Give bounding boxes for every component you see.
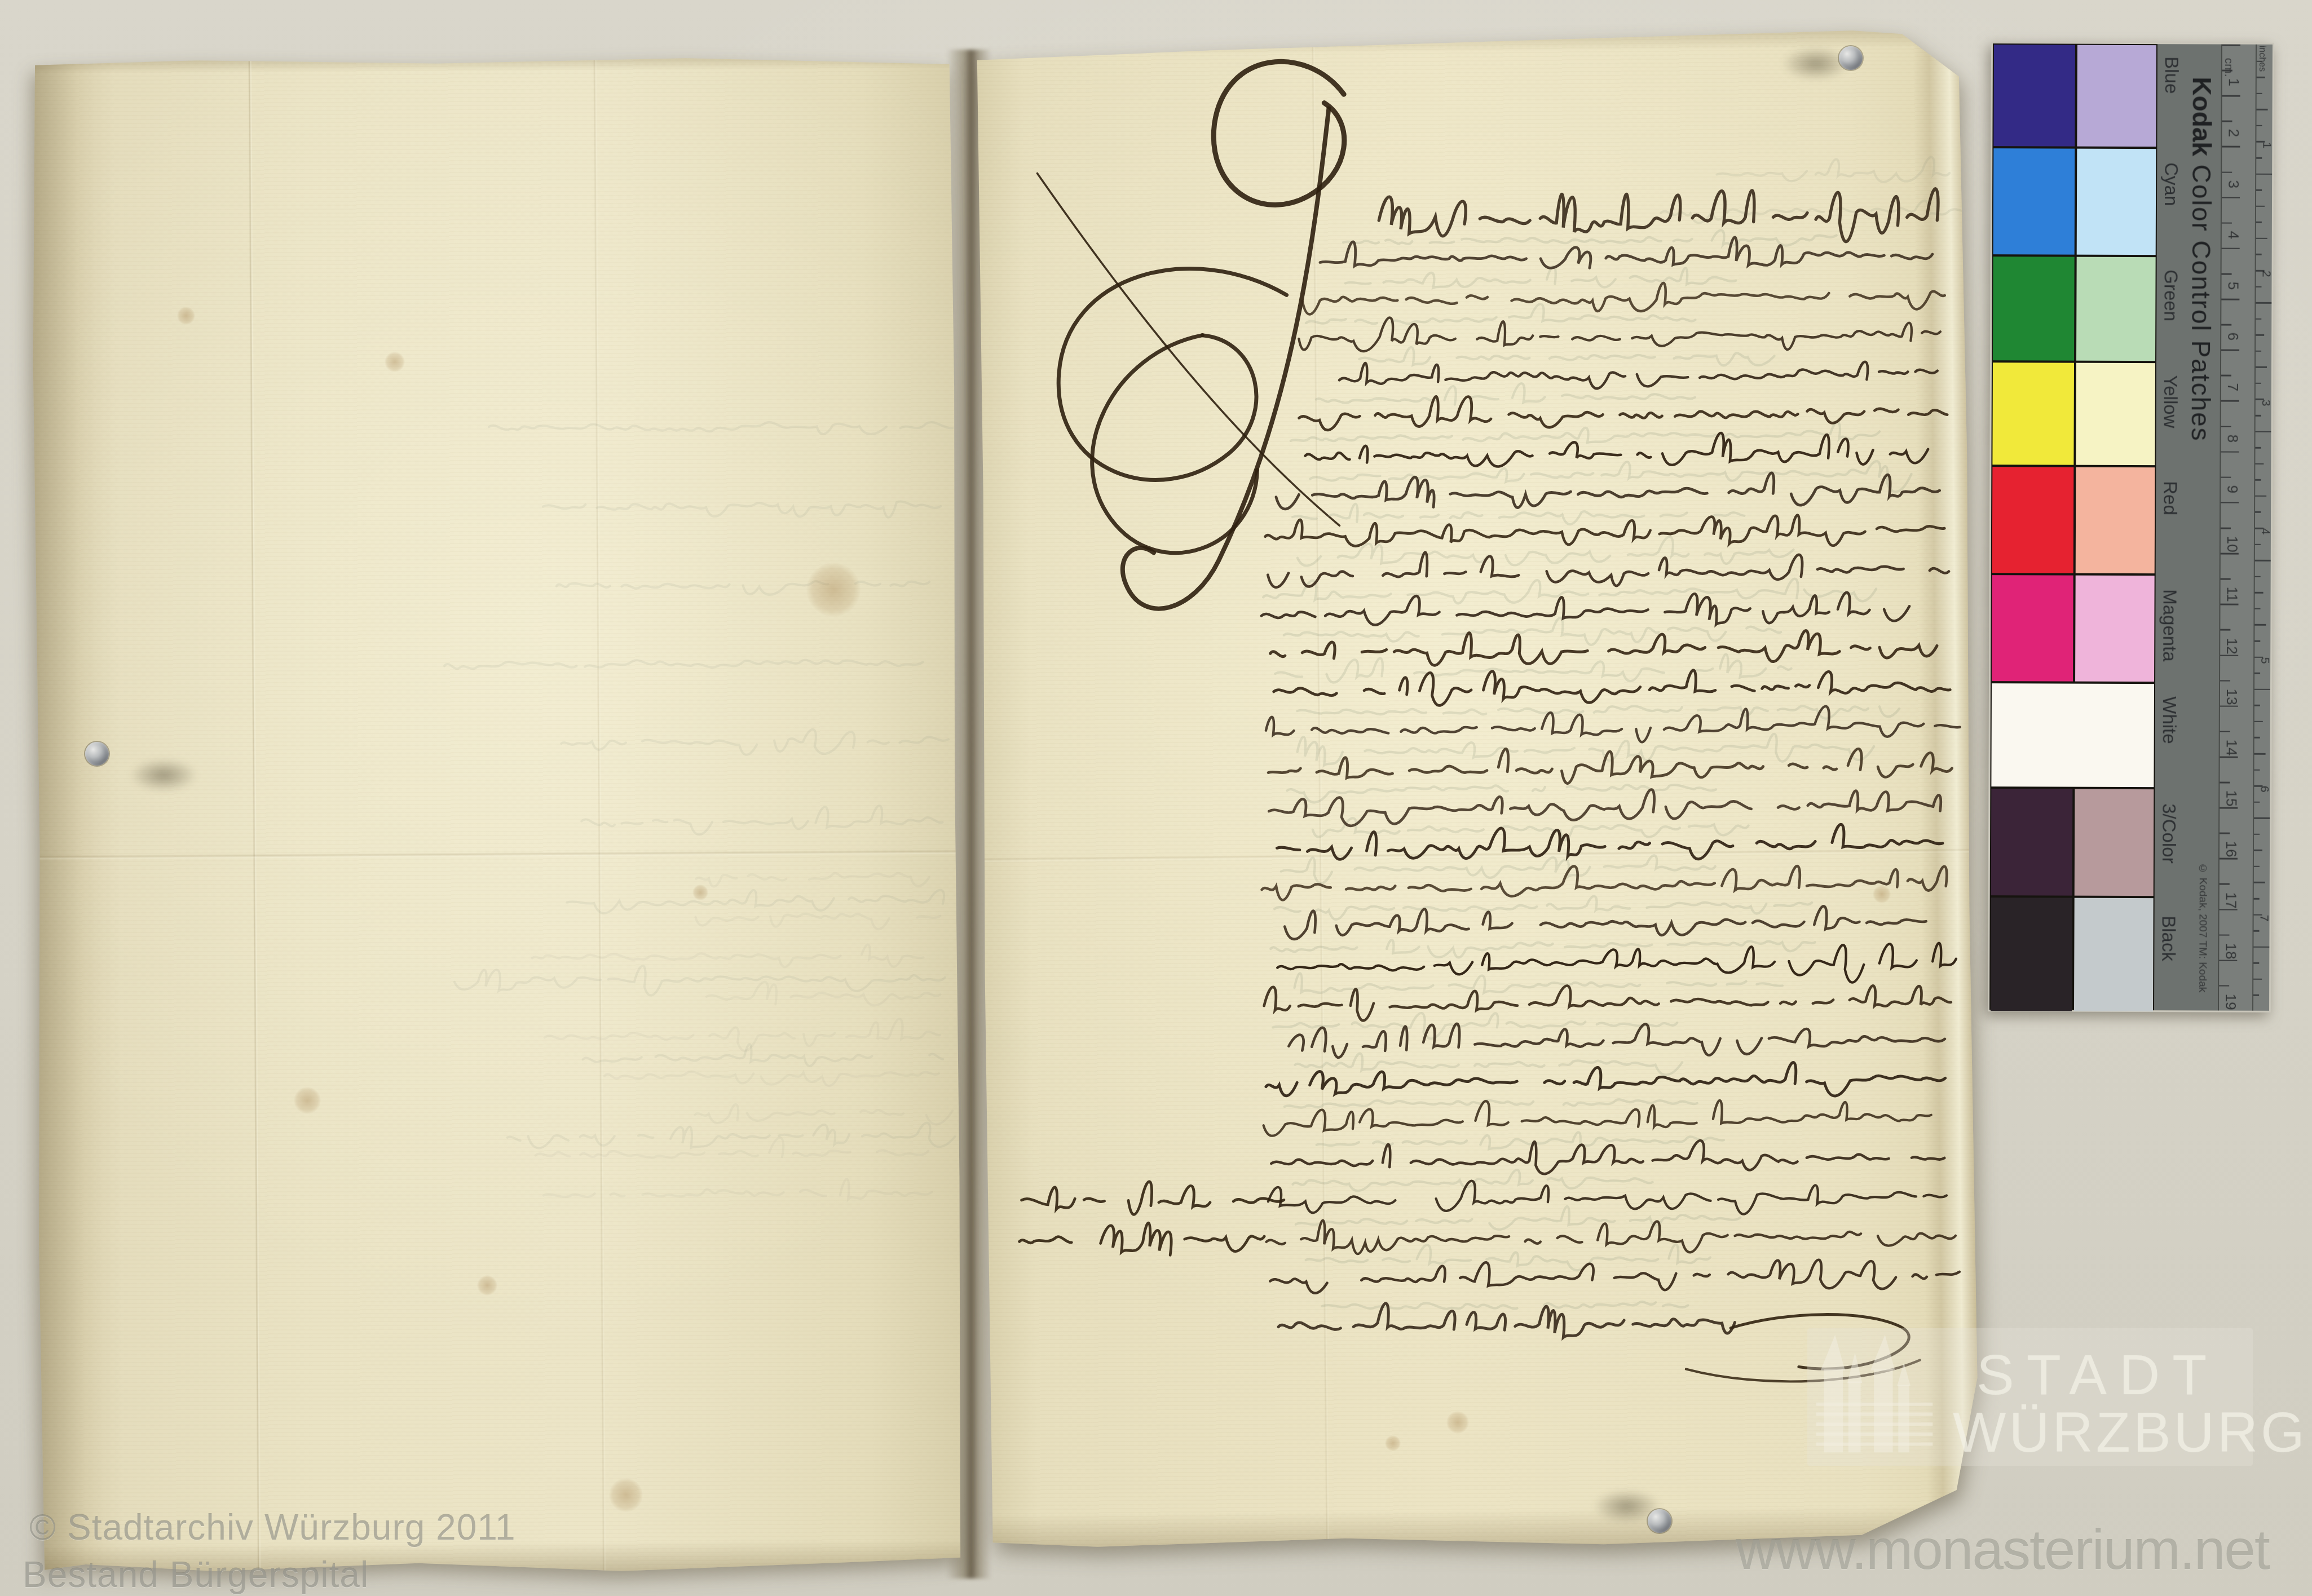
ruler-tick	[2256, 366, 2267, 368]
cm-number: 2	[2225, 129, 2242, 138]
left-page-wrap	[35, 56, 959, 1574]
ruler-tick	[2256, 238, 2267, 240]
patch-white-full	[1991, 683, 2154, 787]
left-page-bottom-edge-shade	[39, 1540, 963, 1577]
patch-blue-saturated	[1993, 45, 2075, 147]
fold-crease	[593, 56, 606, 1573]
ruler-tick	[2222, 70, 2232, 72]
pin-shadow	[130, 758, 197, 792]
ruler-tick	[2257, 92, 2262, 94]
ruler-tick	[2256, 173, 2272, 175]
cm-number: 14	[2223, 740, 2240, 756]
ruler-tick	[2220, 655, 2238, 656]
ruler-tick	[2256, 254, 2262, 255]
fold-crease	[982, 848, 1974, 863]
ruler-tick	[2221, 375, 2231, 377]
patch-label-black: Black	[2157, 916, 2179, 994]
ruler-tick	[2254, 721, 2263, 723]
metal-pin	[85, 742, 109, 766]
ruler-tick	[2219, 985, 2229, 987]
cm-number: 6	[2224, 333, 2242, 341]
left-page-left-edge-shade	[30, 59, 124, 1577]
ruler-tick	[2220, 680, 2230, 682]
cm-number: 16	[2222, 841, 2240, 857]
cm-number: 9	[2223, 485, 2241, 493]
ruler-tick	[2220, 807, 2238, 809]
ruler-tick	[2255, 463, 2264, 465]
ruler-tick	[2255, 447, 2261, 449]
right-manuscript-page	[974, 28, 1981, 1554]
ruler-tick	[2253, 962, 2259, 964]
cm-number: 11	[2223, 587, 2241, 602]
kodak-brand-label: Kodak	[2187, 77, 2216, 156]
patch-magenta-tint	[2075, 576, 2155, 682]
ruler-tick	[2256, 383, 2261, 384]
ruler-tick	[2222, 273, 2232, 275]
ruler-tick	[2222, 95, 2240, 97]
ruler-tick	[2256, 334, 2264, 336]
ruler-tick	[2221, 400, 2239, 402]
ruler-tick	[2221, 350, 2239, 351]
ruler-tick	[2220, 705, 2238, 707]
ruler-tick	[2254, 673, 2260, 674]
patch-label-blue: Blue	[2160, 56, 2182, 135]
patch-label-red: Red	[2159, 481, 2181, 560]
left-blank-page	[30, 54, 963, 1577]
ruler-tick	[2222, 247, 2240, 249]
inch-number: 5	[2258, 657, 2271, 664]
patch-yellow-saturated	[1992, 362, 2074, 465]
ruler-tick	[2220, 883, 2230, 885]
ruler-tick	[2254, 624, 2266, 626]
ruler-tick	[2222, 197, 2240, 198]
kodak-title-rest: Color Control Patches	[2186, 156, 2217, 442]
patch-label-green: Green	[2160, 269, 2181, 348]
patch-magenta-saturated	[1992, 575, 2073, 682]
ruler-tick	[2255, 543, 2261, 545]
ruler-tick	[2254, 817, 2270, 819]
ruler-tick	[2255, 496, 2266, 497]
show-through-handwriting	[30, 54, 963, 1577]
inch-number: 3	[2259, 399, 2273, 406]
city-logo-line2: WÜRZBURG	[1953, 1400, 2307, 1465]
cm-number: 8	[2224, 434, 2242, 443]
ruler-tick	[2222, 222, 2232, 224]
archival-scan-canvas: Kodak Color Control Patches © Kodak, 200…	[0, 0, 2312, 1596]
ruler-tick	[2256, 351, 2261, 352]
ruler-tick	[2254, 882, 2265, 883]
kodak-strip-title: Kodak Color Control Patches	[2186, 77, 2217, 442]
cm-number: 19	[2222, 994, 2239, 1010]
ruler-tick	[2257, 109, 2268, 110]
inch-number: 7	[2257, 915, 2271, 922]
ruler-tick	[2254, 705, 2260, 706]
ruler-tick	[2222, 171, 2232, 173]
fold-crease	[35, 850, 959, 860]
ruler-tick	[2220, 756, 2238, 758]
ruler-tick	[2220, 858, 2238, 860]
ruler-tick	[2221, 324, 2231, 326]
ruler-tick	[2253, 994, 2259, 996]
ruler-tick	[2253, 930, 2259, 932]
ruler-tick	[2254, 737, 2260, 739]
patch-3/color-saturated	[1991, 789, 2073, 896]
right-page-wrap	[981, 33, 1974, 1549]
inch-number: 6	[2257, 786, 2271, 793]
cm-number: 13	[2223, 688, 2240, 705]
cm-number: 12	[2223, 638, 2240, 654]
cm-number: 1	[2225, 78, 2243, 87]
ruler-tick	[2257, 77, 2265, 78]
ruler-tick	[2256, 431, 2271, 432]
ruler-tick	[2254, 753, 2266, 755]
ruler-tick	[2254, 801, 2260, 803]
inch-number: 4	[2258, 528, 2272, 535]
ruler-tick	[2254, 640, 2260, 642]
ruler-tick	[2255, 479, 2261, 481]
metal-pin	[1648, 1509, 1671, 1533]
cm-number: 17	[2222, 892, 2240, 908]
ruler-tick	[2221, 578, 2231, 580]
manuscript-handwriting	[974, 28, 1981, 1554]
ruler-tick	[2255, 576, 2261, 577]
right-page-bottom-edge-shade	[988, 1505, 1981, 1554]
patch-red-tint	[2076, 467, 2155, 573]
ruler-tick	[2221, 553, 2239, 555]
ruler-tick	[2220, 731, 2230, 732]
ruler-tick	[2219, 960, 2237, 961]
patch-label-magenta: Magenta	[2159, 589, 2180, 668]
patch-red-saturated	[1992, 467, 2074, 573]
ruler-tick	[2220, 909, 2238, 910]
ruler-tick	[2221, 451, 2239, 453]
ruler-tick	[2254, 769, 2260, 771]
ruler-tick	[2256, 157, 2262, 159]
cm-number: 3	[2225, 180, 2242, 188]
ruler-tick	[2257, 60, 2262, 62]
fold-crease	[1311, 34, 1330, 1551]
kodak-copyright-label: © Kodak, 2007 TM: Kodak	[2196, 863, 2209, 992]
ruler-tick	[2219, 934, 2229, 936]
ruler-tick	[2222, 121, 2232, 122]
patch-3/color-tint	[2075, 789, 2154, 896]
city-logo-line1: STADT	[1976, 1343, 2219, 1408]
left-page-top-edge-shade	[30, 54, 954, 74]
patch-blue-tint	[2077, 45, 2156, 147]
right-page-right-edge-shade	[1913, 28, 1981, 1545]
ruler-tick	[2220, 629, 2230, 631]
cm-number: 5	[2224, 282, 2242, 290]
cm-number: 18	[2222, 943, 2239, 959]
ruler-tick	[2254, 608, 2260, 610]
patch-cyan-tint	[2077, 149, 2156, 255]
cm-number: 10	[2223, 536, 2241, 552]
cm-number: 15	[2222, 790, 2240, 807]
patch-black-saturated	[1991, 898, 2072, 1011]
ruler-tick	[2256, 286, 2261, 288]
ruler-tick	[2221, 502, 2239, 503]
ruler-tick	[2256, 302, 2271, 304]
ruler-tick	[2220, 833, 2230, 834]
kodak-color-control-strip: Kodak Color Control Patches © Kodak, 200…	[1988, 42, 2274, 1013]
ruler-tick	[2254, 898, 2260, 900]
ruler-tick	[2255, 560, 2271, 562]
cm-number: 4	[2225, 231, 2242, 239]
ruler-tick	[2254, 866, 2260, 868]
pin-shadow	[1782, 47, 1850, 81]
cm-unit-label: cm.	[2222, 58, 2235, 77]
inch-number: 2	[2260, 271, 2273, 277]
ruler-tick	[2256, 189, 2262, 191]
ruler-tick	[2221, 476, 2231, 478]
patch-green-tint	[2076, 257, 2156, 361]
ruler-tick	[2221, 528, 2231, 529]
ruler-tick	[2253, 979, 2262, 980]
ruler-tick	[2256, 222, 2262, 223]
ruler-tick	[2256, 205, 2265, 207]
patch-black-tint	[2074, 898, 2154, 1011]
ruler-tick	[2221, 604, 2239, 605]
ruler-tick	[2222, 45, 2240, 46]
inch-number: 1	[2260, 142, 2273, 148]
patch-yellow-tint	[2076, 363, 2155, 465]
patch-label-yellow: Yellow	[2159, 375, 2181, 454]
ruler-tick	[2255, 511, 2261, 513]
ruler-tick	[2254, 834, 2260, 835]
inches-unit-label: inches	[2257, 46, 2267, 72]
ruler-tick	[2254, 850, 2262, 851]
ruler-tick	[2220, 782, 2230, 784]
patch-cyan-saturated	[1993, 148, 2075, 255]
patch-label-3/color: 3/Color	[2158, 803, 2179, 882]
ruler-tick	[2222, 146, 2240, 148]
ruler-tick	[2255, 592, 2264, 594]
ruler-tick	[2221, 426, 2231, 427]
ruler-tick	[2254, 688, 2270, 690]
patch-label-white: White	[2158, 696, 2179, 775]
ruler-tick	[2221, 299, 2239, 300]
patch-green-saturated	[1993, 257, 2075, 361]
ruler-tick	[2256, 125, 2262, 127]
metal-pin	[1839, 46, 1863, 70]
ruler-tick	[2256, 415, 2261, 417]
ruler-tick	[2253, 946, 2269, 948]
patch-label-cyan: Cyan	[2160, 162, 2182, 241]
cm-number: 7	[2224, 383, 2242, 392]
fold-crease	[248, 58, 261, 1576]
ruler-tick	[2256, 318, 2261, 320]
